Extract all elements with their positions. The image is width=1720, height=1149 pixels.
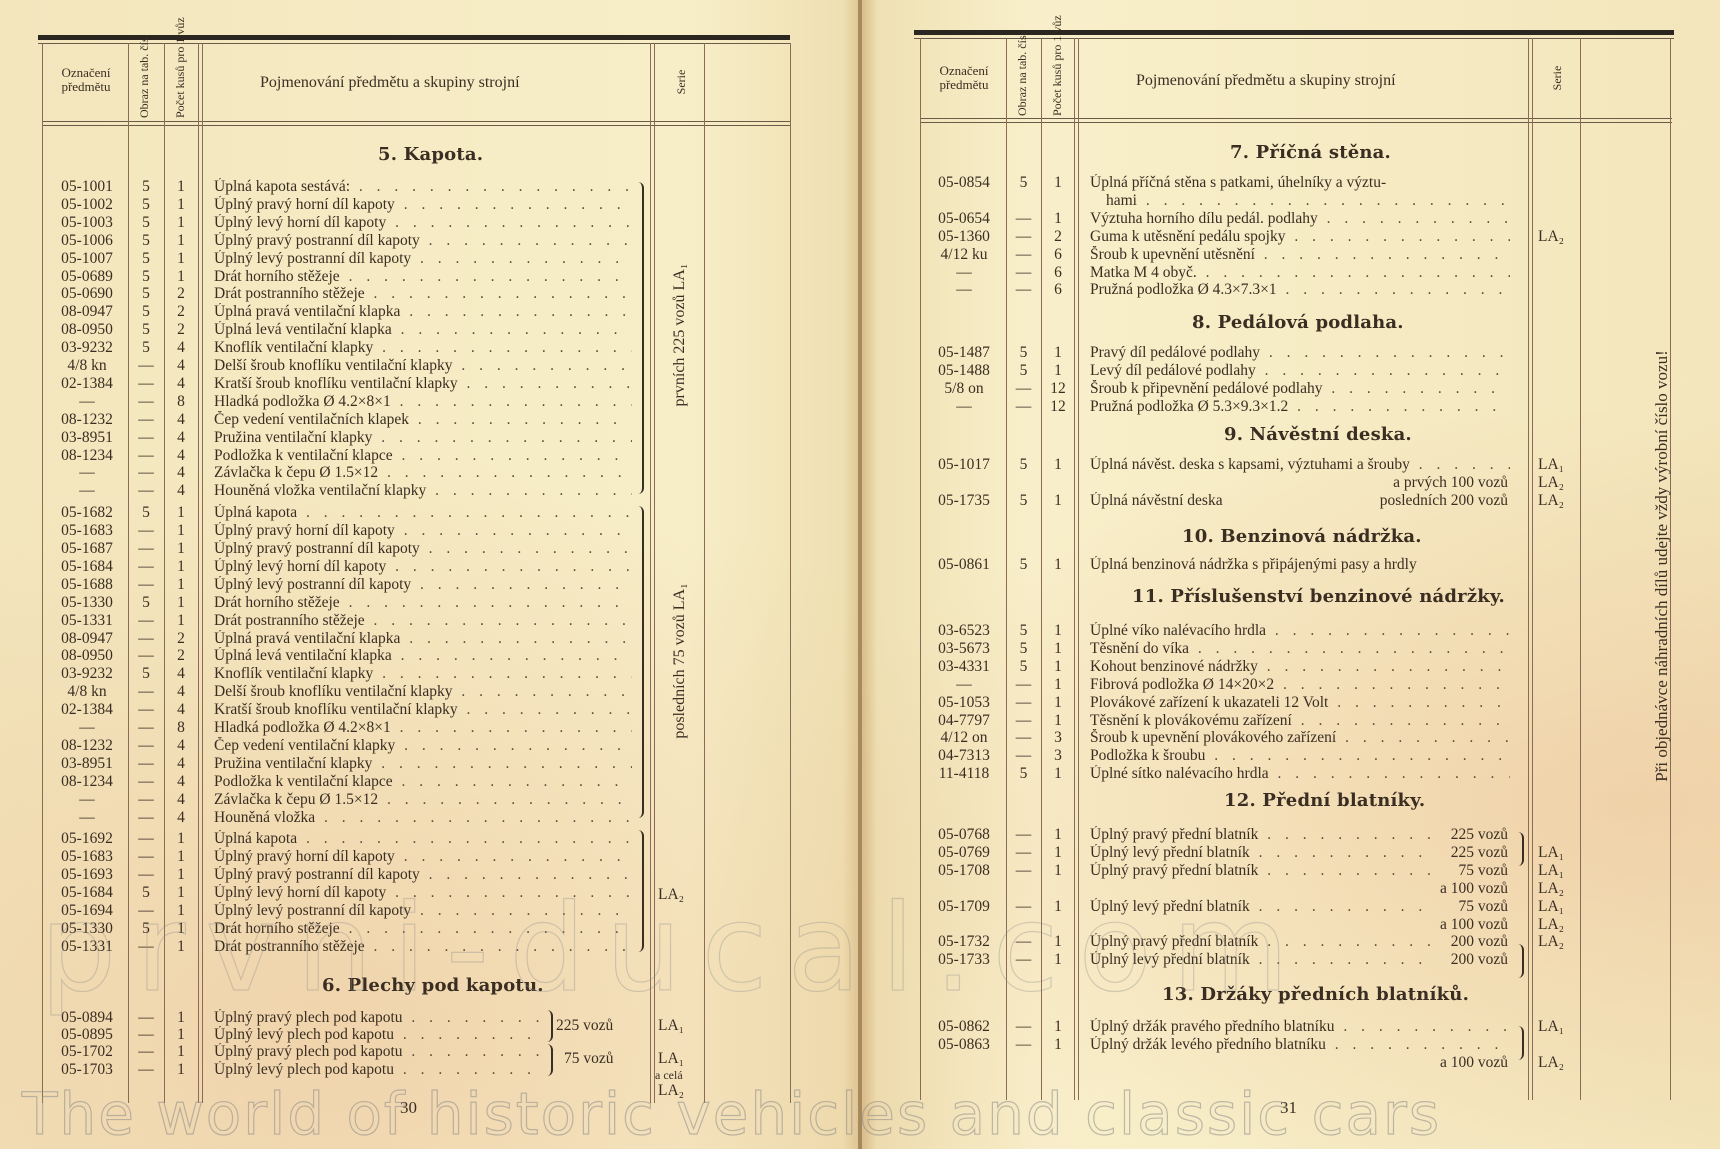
section-title: 7. Příčná stěna. — [1230, 142, 1391, 163]
quantity: 2 — [164, 321, 198, 339]
part-name-text: Kohout benzinové nádržky — [1090, 658, 1258, 675]
table-row: ——4Závlačka k čepu Ø 1.5×12 . . . . . . … — [0, 464, 858, 482]
part-name: Kratší šroub knoflíku ventilační klapky … — [214, 701, 632, 719]
leader-dots: . . . . . . . . . . . . . . . . . . . . … — [1274, 676, 1510, 693]
part-name: Úplný pravý horní díl kapoty . . . . . .… — [214, 848, 632, 866]
part-name-text: Úplný levý horní díl kapoty — [214, 214, 386, 231]
group-brace — [1517, 1026, 1524, 1060]
image-ref: — — [128, 540, 164, 558]
serie-label: LA₁ — [1538, 1018, 1564, 1036]
table-row: 05-069052Drát postranního stěžeje . . . … — [0, 285, 858, 303]
part-name-text: Pružina ventilační klapky — [214, 755, 372, 772]
table-row: 11-411851Úplné sítko nalévacího hrdla . … — [862, 765, 1720, 783]
quantity: 4 — [164, 737, 198, 755]
table-row: 05-0769—1Úplný levý přední blatník . . .… — [862, 844, 1720, 862]
part-code: 05-0854 — [922, 174, 1006, 192]
part-name: Matka M 4 obyč. . . . . . . . . . . . . … — [1090, 264, 1510, 282]
part-name: Šroub k upevnění plovákového zařízení . … — [1090, 729, 1510, 747]
leader-dots: . . . . . . . . . . . . . . . . . . . . … — [395, 522, 632, 539]
image-ref: — — [128, 737, 164, 755]
part-name: hami . . . . . . . . . . . . . . . . . .… — [1106, 192, 1510, 210]
quantity: 3 — [1041, 729, 1075, 747]
part-name: Těsnění k plovákovému zařízení . . . . .… — [1090, 712, 1510, 730]
leader-dots: . . . . . . . . . . . . . . . . . . . . … — [426, 482, 632, 499]
quantity: 1 — [1041, 492, 1075, 510]
table-row: 08-0947—2Úplná pravá ventilační klapka .… — [0, 630, 858, 648]
part-code: — — [922, 281, 1006, 299]
part-name: Drát horního stěžeje . . . . . . . . . .… — [214, 268, 632, 286]
part-name: Fibrová podložka Ø 14×20×2 . . . . . . .… — [1090, 676, 1510, 694]
quantity: 1 — [1041, 622, 1075, 640]
part-code: 05-1360 — [922, 228, 1006, 246]
image-ref: — — [128, 701, 164, 719]
part-code: 05-1003 — [46, 214, 128, 232]
quantity: 1 — [1041, 1036, 1075, 1054]
part-name-text: Úplné víko nalévacího hrdla — [1090, 622, 1266, 639]
part-name: Úplná kapota . . . . . . . . . . . . . .… — [214, 504, 632, 522]
part-name: Drát horního stěžeje . . . . . . . . . .… — [214, 594, 632, 612]
table-row: 05-101751Úplná návěst. deska s kapsami, … — [862, 456, 1720, 474]
quantity: 1 — [164, 504, 198, 522]
part-name-text: Hladká podložka Ø 4.2×8×1 — [214, 719, 391, 736]
part-name: Úplná návěst. deska s kapsami, výztuhami… — [1090, 456, 1510, 474]
part-name-text: Úplná kapota — [214, 504, 297, 521]
part-name-text: Úplné sítko nalévacího hrdla — [1090, 765, 1269, 782]
table-row: 05-1703—1Úplný levý plech pod kapotu . .… — [0, 1061, 858, 1079]
part-code: 05-1735 — [922, 492, 1006, 510]
image-ref: — — [128, 630, 164, 648]
part-name-text: Úplný pravý postranní díl kapoty — [214, 540, 420, 557]
part-name-text: Šroub k upevnění utěsnění — [1090, 246, 1255, 263]
part-name-text: Úplná návěstní deska — [1090, 492, 1223, 509]
table-row: 03-923254Knoflík ventilační klapky . . .… — [0, 339, 858, 357]
quantity: 1 — [164, 1043, 198, 1061]
serie-label: LA₂ — [1538, 228, 1564, 246]
part-name-text: Knoflík ventilační klapky — [214, 339, 373, 356]
part-code: 4/8 kn — [46, 683, 128, 701]
image-ref: — — [1006, 246, 1041, 264]
part-name: Pružná podložka Ø 4.3×7.3×1 . . . . . . … — [1090, 281, 1510, 299]
part-name-text: Matka M 4 obyč. — [1090, 264, 1197, 281]
table-row: 03-8951—4Pružina ventilační klapky . . .… — [0, 755, 858, 773]
image-ref: 5 — [1006, 344, 1041, 362]
part-code: 05-0862 — [922, 1018, 1006, 1036]
quantity: 4 — [164, 701, 198, 719]
part-name-text: Úplný pravý horní díl kapoty — [214, 848, 395, 865]
part-name-text: Houněná vložka — [214, 809, 315, 826]
part-code: 05-1682 — [46, 504, 128, 522]
image-ref: — — [128, 809, 164, 827]
table-row: 05-100251Úplný pravý horní díl kapoty . … — [0, 196, 858, 214]
part-name: Úplný pravý horní díl kapoty . . . . . .… — [214, 196, 632, 214]
part-name-text: Delší šroub knoflíku ventilační klapky — [214, 683, 453, 700]
quantity: 6 — [1041, 246, 1075, 264]
quantity: 8 — [164, 719, 198, 737]
part-code: 05-1331 — [46, 612, 128, 630]
leader-dots: . . . . . . . . . . . . . . . . . . . . … — [395, 737, 632, 754]
image-ref: 5 — [128, 232, 164, 250]
quantity: 3 — [1041, 747, 1075, 765]
table-row: 05-1708—1Úplný pravý přední blatník . . … — [862, 862, 1720, 880]
leader-dots: . . . . . . . . . . . . . . . . . . . . … — [1269, 765, 1510, 782]
part-code: 05-0689 — [46, 268, 128, 286]
image-ref: — — [1006, 862, 1041, 880]
part-code: 03-6523 — [922, 622, 1006, 640]
group-note: 75 vozů — [564, 1050, 614, 1068]
table-row: 05-086151Úplná benzinová nádržka s připá… — [862, 556, 1720, 574]
part-code: 03-9232 — [46, 665, 128, 683]
part-name-text: Podložka k ventilační klapce — [214, 773, 393, 790]
part-name: Úplný pravý postranní díl kapoty . . . .… — [214, 232, 632, 250]
part-name-text: Úplný pravý přední blatník — [1090, 862, 1258, 879]
part-code: — — [922, 264, 1006, 282]
part-name: Úplný levý horní díl kapoty . . . . . . … — [214, 558, 632, 576]
leader-dots: . . . . . . . . . . . . . . . . . . . . … — [411, 250, 632, 267]
table-row: 08-1234—4Podložka k ventilační klapce . … — [0, 447, 858, 465]
section-title: 9. Návěstní deska. — [1224, 424, 1412, 445]
leader-dots: . . . . . . . . . . . . . . . . . . . . … — [1260, 344, 1510, 361]
leader-dots: . . . . . . . . . . . . . . . . . . . . … — [394, 1061, 546, 1078]
quantity: 4 — [164, 755, 198, 773]
quantity: 2 — [164, 630, 198, 648]
image-ref: — — [128, 719, 164, 737]
part-name: Hladká podložka Ø 4.2×8×1 . . . . . . . … — [214, 393, 632, 411]
part-name-text: Úplný pravý postranní díl kapoty — [214, 232, 420, 249]
quantity: 1 — [164, 830, 198, 848]
order-note: Při objednávce náhradních dílů udejte vž… — [1652, 286, 1672, 846]
part-name: Úplné sítko nalévacího hrdla . . . . . .… — [1090, 765, 1510, 783]
quantity: 1 — [1041, 556, 1075, 574]
part-code: 05-1007 — [46, 250, 128, 268]
part-name-text: Úplný pravý horní díl kapoty — [214, 522, 395, 539]
part-name: Plovákové zařízení k ukazateli 12 Volt .… — [1090, 694, 1510, 712]
table-row: 05-1683—1Úplný pravý horní díl kapoty . … — [0, 522, 858, 540]
part-name-text: Úplná pravá ventilační klapka — [214, 303, 400, 320]
quantity: 1 — [1041, 362, 1075, 380]
table-row: 05-1692—1Úplná kapota . . . . . . . . . … — [0, 830, 858, 848]
quantity: 2 — [164, 303, 198, 321]
table-row: 08-1232—4Čep vedení ventilačních klapek … — [0, 411, 858, 429]
leader-dots: . . . . . . . . . . . . . . . . . . . . … — [1336, 729, 1510, 746]
part-code: 08-0950 — [46, 647, 128, 665]
part-name: Úplná levá ventilační klapka . . . . . .… — [214, 321, 632, 339]
quantity: 1 — [1041, 694, 1075, 712]
image-ref: 5 — [128, 594, 164, 612]
serie-label: LA₂ — [1538, 1054, 1564, 1072]
part-name: Úplná benzinová nádržka s připájenými pa… — [1090, 556, 1510, 574]
leader-dots: . . . . . . . . . . . . . . . . . . . . … — [391, 393, 632, 410]
part-name-text: Levý díl pedálové podlahy — [1090, 362, 1256, 379]
image-ref: — — [128, 522, 164, 540]
image-ref: — — [128, 375, 164, 393]
image-ref: 5 — [1006, 765, 1041, 783]
part-name: Pravý díl pedálové podlahy . . . . . . .… — [1090, 344, 1510, 362]
quantity: 4 — [164, 482, 198, 500]
table-row: 02-1384—4Kratší šroub knoflíku ventilačn… — [0, 375, 858, 393]
quantity: 1 — [1041, 844, 1075, 862]
table-row: 08-1234—4Podložka k ventilační klapce . … — [0, 773, 858, 791]
leader-dots: . . . . . . . . . . . . . . . . . . . . … — [297, 830, 632, 847]
serie-label: LA₂ — [1538, 880, 1564, 898]
leader-dots: . . . . . . . . . . . . . . . . . . . . … — [391, 719, 632, 736]
table-row: 05-148851Levý díl pedálové podlahy . . .… — [862, 362, 1720, 380]
part-name-text: Kratší šroub knoflíku ventilační klapky — [214, 375, 458, 392]
table-row: 05-1360—2Guma k utěsnění pedálu spojky .… — [862, 228, 1720, 246]
image-ref: 5 — [128, 196, 164, 214]
col-header-qty: Počet kusů pro 1 vůz — [174, 42, 186, 118]
leader-dots: . . . . . . . . . . . . . . . . . . . . … — [1266, 622, 1510, 639]
part-name: Úplný levý postranní díl kapoty . . . . … — [214, 576, 632, 594]
part-name: Těsnění do víka . . . . . . . . . . . . … — [1090, 640, 1510, 658]
quantity: 4 — [164, 464, 198, 482]
quantity: 2 — [1041, 228, 1075, 246]
quantity: 4 — [164, 665, 198, 683]
image-ref: — — [128, 447, 164, 465]
table-row: 05-100651Úplný pravý postranní díl kapot… — [0, 232, 858, 250]
part-name: Závlačka k čepu Ø 1.5×12 . . . . . . . .… — [214, 464, 632, 482]
image-ref: — — [128, 1026, 164, 1044]
image-ref: — — [128, 848, 164, 866]
part-name: Šroub k upevnění utěsnění . . . . . . . … — [1090, 246, 1510, 264]
col-header-serie: Serie — [1551, 45, 1563, 111]
part-code: 05-0654 — [922, 210, 1006, 228]
quantity: 1 — [1041, 765, 1075, 783]
part-name: Šroub k připevnění pedálové podlahy . . … — [1090, 380, 1510, 398]
quantity: 1 — [1041, 658, 1075, 676]
leader-dots: . . . . . . . . . . . . . . . . . . . . … — [400, 630, 632, 647]
part-name: Úplná pravá ventilační klapka . . . . . … — [214, 303, 632, 321]
part-name: Úplná levá ventilační klapka . . . . . .… — [214, 647, 632, 665]
part-name: Úplná návěstní deska — [1090, 492, 1310, 510]
leader-dots: . . . . . . . . . . . . . . . . . . . . … — [378, 464, 632, 481]
table-row: ——6Matka M 4 obyč. . . . . . . . . . . .… — [862, 264, 1720, 282]
col-header-name: Pojmenování předmětu a skupiny strojní — [1136, 72, 1396, 90]
part-code: 05-0690 — [46, 285, 128, 303]
part-code: 05-1330 — [46, 594, 128, 612]
table-row: 4/8 kn—4Delší šroub knoflíku ventilační … — [0, 357, 858, 375]
section-title: 5. Kapota. — [378, 144, 483, 165]
part-code: 11-4118 — [922, 765, 1006, 783]
quantity: 1 — [1041, 640, 1075, 658]
serie-label: LA₂ — [1538, 492, 1564, 510]
table-row: ——12Pružná podložka Ø 5.3×9.3×1.2 . . . … — [862, 398, 1720, 416]
part-code: 05-0895 — [46, 1026, 128, 1044]
part-name-text: Drát horního stěžeje — [214, 594, 340, 611]
part-name: Čep vedení ventilačních klapek . . . . .… — [214, 411, 632, 429]
image-ref: 5 — [128, 321, 164, 339]
table-row: 05-0654—1Výztuha horního dílu pedál. pod… — [862, 210, 1720, 228]
serie-label: LA₁ — [1538, 862, 1564, 880]
part-name-text: Úplná příčná stěna s patkami, úhelníky a… — [1090, 174, 1386, 191]
part-name-text: Pružina ventilační klapky — [214, 429, 372, 446]
leader-dots: . . . . . . . . . . . . . . . . . . . . … — [420, 540, 632, 557]
leader-dots: . . . . . . . . . . . . . . . . . . . . … — [458, 701, 632, 718]
part-name: Úplný pravý postranní díl kapoty . . . .… — [214, 540, 632, 558]
table-row: 05-133051Drát horního stěžeje . . . . . … — [0, 594, 858, 612]
part-code: 05-1488 — [922, 362, 1006, 380]
serie-label: LA₁ — [658, 1017, 684, 1035]
part-name: Houněná vložka . . . . . . . . . . . . .… — [214, 809, 632, 827]
image-ref: — — [1006, 729, 1041, 747]
table-row: 05-068951Drát horního stěžeje . . . . . … — [0, 268, 858, 286]
part-code: 03-4331 — [922, 658, 1006, 676]
part-name-text: Drát postranního stěžeje — [214, 612, 365, 629]
part-code: 02-1384 — [46, 701, 128, 719]
part-code: 08-1234 — [46, 447, 128, 465]
part-name-text: Úplná kapota sestává: — [214, 178, 350, 195]
table-row: 05-1684—1Úplný levý horní díl kapoty . .… — [0, 558, 858, 576]
part-name: Knoflík ventilační klapky . . . . . . . … — [214, 339, 632, 357]
image-ref: — — [1006, 398, 1041, 416]
group-brace — [636, 182, 644, 494]
image-ref: — — [1006, 747, 1041, 765]
part-code: 03-9232 — [46, 339, 128, 357]
part-code: 08-0947 — [46, 303, 128, 321]
image-ref: 5 — [128, 250, 164, 268]
watermark-text: The world of historic vehicles and class… — [22, 1080, 1441, 1148]
table-row: 05-0863—1Úplný držák levého předního bla… — [862, 1036, 1720, 1054]
part-name-text: Plovákové zařízení k ukazateli 12 Volt — [1090, 694, 1328, 711]
part-name-text: Úplný držák pravého předního blatníku — [1090, 1018, 1335, 1035]
part-name-text: Úplný levý postranní díl kapoty — [214, 576, 411, 593]
watermark-logo: prvni-ducal.com — [40, 880, 1309, 1019]
leader-dots: . . . . . . . . . . . . . . . . . . . . … — [386, 214, 632, 231]
quantity: 1 — [164, 196, 198, 214]
part-name: Úplný držák levého předního blatníku . .… — [1090, 1036, 1510, 1054]
quantity: 1 — [1041, 174, 1075, 192]
part-name: Hladká podložka Ø 4.2×8×1 . . . . . . . … — [214, 719, 632, 737]
table-row: 05-1702—1Úplný pravý plech pod kapotu . … — [0, 1043, 858, 1061]
table-row: 05-0895—1Úplný levý plech pod kapotu . .… — [0, 1026, 858, 1044]
quantity: 1 — [164, 594, 198, 612]
leader-dots: . . . . . . . . . . . . . . . . . . . . … — [1292, 712, 1510, 729]
series-note: a 100 vozů — [1332, 880, 1508, 898]
part-name: Úplná kapota sestává: . . . . . . . . . … — [214, 178, 632, 196]
series-note: a 100 vozů — [1332, 1054, 1508, 1072]
part-code: 05-1017 — [922, 456, 1006, 474]
col-header-image: Obraz na tab. čís. — [138, 42, 150, 118]
image-ref: 5 — [1006, 362, 1041, 380]
group-label: prvních 225 vozů LA₁ — [671, 195, 689, 475]
part-name: Úplný držák pravého předního blatníku . … — [1090, 1018, 1510, 1036]
quantity: 1 — [1041, 712, 1075, 730]
part-name-text: Úplná benzinová nádržka s připájenými pa… — [1090, 556, 1417, 573]
part-code: — — [46, 482, 128, 500]
part-name-text: Drát horního stěžeje — [214, 268, 340, 285]
part-name: Kratší šroub knoflíku ventilační klapky … — [214, 375, 632, 393]
quantity: 1 — [164, 214, 198, 232]
group-note: 225 vozů — [556, 1017, 613, 1035]
part-code: 05-1006 — [46, 232, 128, 250]
quantity: 1 — [1041, 826, 1075, 844]
part-name: Úplná kapota . . . . . . . . . . . . . .… — [214, 830, 632, 848]
quantity: 4 — [164, 773, 198, 791]
image-ref: 5 — [128, 268, 164, 286]
quantity: 2 — [164, 285, 198, 303]
leader-dots: . . . . . . . . . . . . . . . . . . . . … — [1205, 747, 1510, 764]
part-name: Pružina ventilační klapky . . . . . . . … — [214, 755, 632, 773]
image-ref: — — [128, 429, 164, 447]
image-ref: — — [1006, 228, 1041, 246]
table-row: 04-7797—1Těsnění k plovákovému zařízení … — [862, 712, 1720, 730]
quantity: 8 — [164, 393, 198, 411]
group-brace — [636, 506, 644, 818]
leader-dots: . . . . . . . . . . . . . . . . . . . . … — [1326, 1036, 1510, 1053]
part-name-text: Čep vedení ventilačních klapek — [214, 411, 409, 428]
group-brace — [1517, 832, 1524, 866]
part-name: Výztuha horního dílu pedál. podlahy . . … — [1090, 210, 1510, 228]
series-note: 75 vozů — [1332, 862, 1508, 880]
leader-dots: . . . . . . . . . . . . . . . . . . . . … — [365, 285, 632, 302]
part-code: 05-0861 — [922, 556, 1006, 574]
part-name: Houněná vložka ventilační klapky . . . .… — [214, 482, 632, 500]
part-code: 4/12 ku — [922, 246, 1006, 264]
part-name: Delší šroub knoflíku ventilační klapky .… — [214, 683, 632, 701]
leader-dots: . . . . . . . . . . . . . . . . . . . . … — [393, 447, 632, 464]
part-name-text: Závlačka k čepu Ø 1.5×12 — [214, 464, 378, 481]
leader-dots: . . . . . . . . . . . . . . . . . . . . … — [1288, 398, 1510, 415]
leader-dots: . . . . . . . . . . . . . . . . . . . . … — [340, 594, 632, 611]
series-note: 200 vozů — [1332, 933, 1508, 951]
table-row: 08-0950—2Úplná levá ventilační klapka . … — [0, 647, 858, 665]
leader-dots: . . . . . . . . . . . . . . . . . . . . … — [1322, 380, 1510, 397]
quantity: 1 — [164, 250, 198, 268]
leader-dots: . . . . . . . . . . . . . . . . . . . . … — [395, 196, 632, 213]
leader-dots: . . . . . . . . . . . . . . . . . . . . … — [340, 268, 632, 285]
table-row: 08-1232—4Čep vedení ventilační klapky . … — [0, 737, 858, 755]
table-row: ——1Fibrová podložka Ø 14×20×2 . . . . . … — [862, 676, 1720, 694]
leader-dots: . . . . . . . . . . . . . . . . . . . . … — [1277, 281, 1510, 298]
part-name: Úplný levý plech pod kapotu . . . . . . … — [214, 1061, 546, 1079]
part-code: 5/8 on — [922, 380, 1006, 398]
quantity: 4 — [164, 411, 198, 429]
quantity: 6 — [1041, 264, 1075, 282]
quantity: 1 — [164, 848, 198, 866]
quantity: 4 — [164, 791, 198, 809]
quantity: 1 — [1041, 344, 1075, 362]
table-row: 05-173551Úplná návěstní deskaposledních … — [862, 492, 1720, 510]
part-code: 05-1683 — [46, 522, 128, 540]
leader-dots: . . . . . . . . . . . . . . . . . . . . … — [1318, 210, 1510, 227]
part-name: Úplná pravá ventilační klapka . . . . . … — [214, 630, 632, 648]
part-name-text: Knoflík ventilační klapky — [214, 665, 373, 682]
leader-dots: . . . . . . . . . . . . . . . . . . . . … — [395, 848, 632, 865]
quantity: 1 — [1041, 676, 1075, 694]
serie-label: LA₁ — [658, 1050, 684, 1068]
image-ref: 5 — [1006, 640, 1041, 658]
part-name-text: Úplný levý plech pod kapotu — [214, 1061, 394, 1078]
part-name-text: Úplná pravá ventilační klapka — [214, 630, 400, 647]
part-code: 05-1708 — [922, 862, 1006, 880]
leader-dots: . . . . . . . . . . . . . . . . . . . . … — [411, 576, 632, 593]
part-name-text: Fibrová podložka Ø 14×20×2 — [1090, 676, 1274, 693]
table-row: 4/12 ku—6Šroub k upevnění utěsnění . . .… — [862, 246, 1720, 264]
table-row: ——6Pružná podložka Ø 4.3×7.3×1 . . . . .… — [862, 281, 1720, 299]
part-code: 08-0947 — [46, 630, 128, 648]
part-name-text: Kratší šroub knoflíku ventilační klapky — [214, 701, 458, 718]
quantity: 1 — [164, 232, 198, 250]
quantity: 1 — [164, 540, 198, 558]
table-row: 05-0862—1Úplný držák pravého předního bl… — [862, 1018, 1720, 1036]
series-note: 75 vozů — [1332, 898, 1508, 916]
part-code: — — [46, 809, 128, 827]
part-name: Úplný levý plech pod kapotu . . . . . . … — [214, 1026, 546, 1044]
table-row: 05-100151Úplná kapota sestává: . . . . .… — [0, 178, 858, 196]
image-ref: 5 — [1006, 622, 1041, 640]
part-code: — — [922, 398, 1006, 416]
series-note: 200 vozů — [1332, 951, 1508, 969]
image-ref: — — [1006, 844, 1041, 862]
